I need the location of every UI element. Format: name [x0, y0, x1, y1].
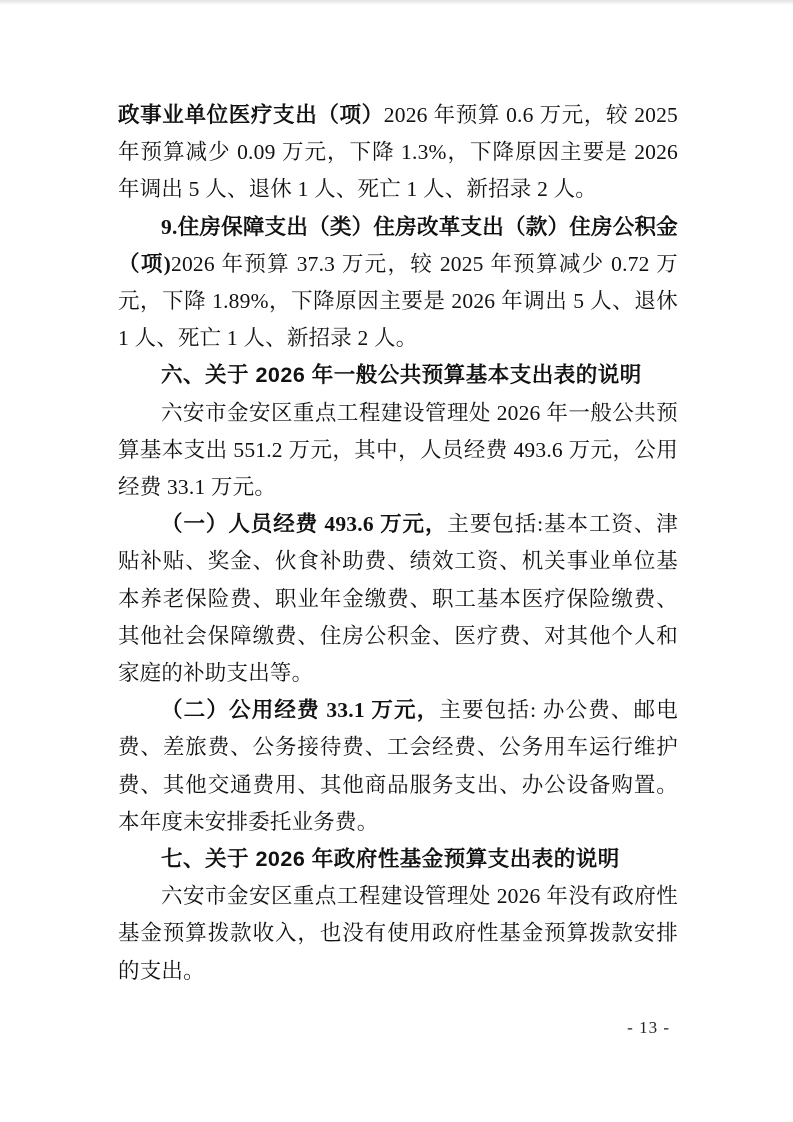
paragraph: 政事业单位医疗支出（项）2026 年预算 0.6 万元，较 2025 年预算减少…: [118, 97, 678, 209]
section-heading: 六、关于 2026 年一般公共预算基本支出表的说明: [118, 357, 678, 394]
bold-text-run: 七、关于 2026 年政府性基金预算支出表的说明: [161, 847, 620, 871]
bold-text-run: 政事业单位医疗支出（项）: [118, 103, 384, 127]
paragraph: 六安市金安区重点工程建设管理处 2026 年没有政府性基金预算拨款收入，也没有使…: [118, 878, 678, 990]
page-footer: - 13 -: [627, 1016, 670, 1040]
paragraph: 9.住房保障支出（类）住房改革支出（款）住房公积金（项)2026 年预算 37.…: [118, 209, 678, 358]
paragraph: （一）人员经费 493.6 万元，主要包括:基本工资、津贴补贴、奖金、伙食补助费…: [118, 506, 678, 692]
section-heading: 七、关于 2026 年政府性基金预算支出表的说明: [118, 841, 678, 878]
text-run: 六安市金安区重点工程建设管理处 2026 年没有政府性基金预算拨款收入，也没有使…: [118, 884, 678, 982]
page-number: - 13 -: [627, 1018, 670, 1037]
document-page: 政事业单位医疗支出（项）2026 年预算 0.6 万元，较 2025 年预算减少…: [0, 0, 793, 1122]
bold-text-run: 六、关于 2026 年一般公共预算基本支出表的说明: [161, 363, 642, 387]
text-run: 六安市金安区重点工程建设管理处 2026 年一般公共预算基本支出 551.2 万…: [118, 401, 678, 499]
text-run: 主要包括:基本工资、津贴补贴、奖金、伙食补助费、绩效工资、机关事业单位基本养老保…: [118, 512, 678, 685]
paragraph: （二）公用经费 33.1 万元，主要包括: 办公费、邮电费、差旅费、公务接待费、…: [118, 692, 678, 841]
bold-text-run: （一）人员经费 493.6 万元，: [161, 512, 447, 536]
text-run: 2026 年预算 37.3 万元，较 2025 年预算减少 0.72 万元，下降…: [118, 252, 678, 350]
paragraph: 六安市金安区重点工程建设管理处 2026 年一般公共预算基本支出 551.2 万…: [118, 395, 678, 507]
scan-shadow-top: [0, 0, 793, 5]
bold-text-run: （二）公用经费 33.1 万元，: [161, 698, 439, 722]
document-body: 政事业单位医疗支出（项）2026 年预算 0.6 万元，较 2025 年预算减少…: [118, 97, 678, 990]
